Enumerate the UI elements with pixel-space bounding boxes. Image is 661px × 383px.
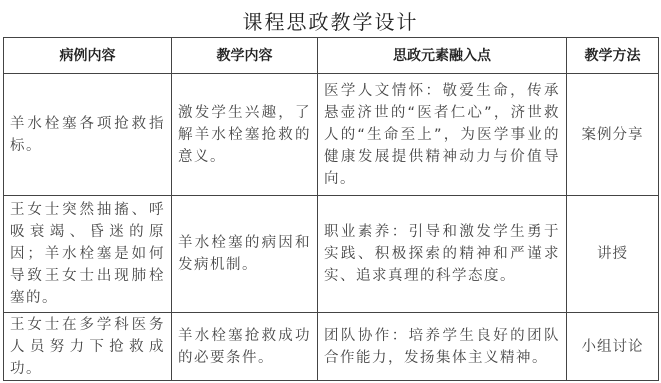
document-title: 课程思政教学设计 (0, 6, 661, 35)
table-row: 王女士在多学科医务人员努力下抢救成功。 羊水栓塞抢救成功的必要条件。 团队协作：… (4, 313, 659, 381)
cell-ideology: 医学人文情怀：敬爱生命，传承悬壶济世的“医者仁心”，济世救人的“生命至上”，为医… (318, 74, 567, 196)
cell-method: 小组讨论 (567, 313, 659, 381)
table-row: 羊水栓塞各项抢救指标。 激发学生兴趣，了解羊水栓塞抢救的意义。 医学人文情怀：敬… (4, 74, 659, 196)
cell-teaching: 羊水栓塞抢救成功的必要条件。 (172, 313, 318, 381)
cell-teaching: 激发学生兴趣，了解羊水栓塞抢救的意义。 (172, 74, 318, 196)
cell-case: 王女士在多学科医务人员努力下抢救成功。 (4, 313, 172, 381)
cell-method: 讲授 (567, 196, 659, 313)
cell-teaching: 羊水栓塞的病因和发病机制。 (172, 196, 318, 313)
header-teaching-method: 教学方法 (567, 38, 659, 74)
cell-method: 案例分享 (567, 74, 659, 196)
teaching-design-table: 病例内容 教学内容 思政元素融入点 教学方法 羊水栓塞各项抢救指标。 激发学生兴… (3, 37, 659, 381)
table-header-row: 病例内容 教学内容 思政元素融入点 教学方法 (4, 38, 659, 74)
cell-case: 王女士突然抽搐、呼吸衰竭、昏迷的原因；羊水栓塞是如何导致王女士出现肺栓塞的。 (4, 196, 172, 313)
table-row: 王女士突然抽搐、呼吸衰竭、昏迷的原因；羊水栓塞是如何导致王女士出现肺栓塞的。 羊… (4, 196, 659, 313)
header-case-content: 病例内容 (4, 38, 172, 74)
cell-ideology: 团队协作：培养学生良好的团队合作能力，发扬集体主义精神。 (318, 313, 567, 381)
cell-case: 羊水栓塞各项抢救指标。 (4, 74, 172, 196)
cell-ideology: 职业素养：引导和激发学生勇于实践、积极探索的精神和严谨求实、追求真理的科学态度。 (318, 196, 567, 313)
header-ideology-point: 思政元素融入点 (318, 38, 567, 74)
header-teaching-content: 教学内容 (172, 38, 318, 74)
